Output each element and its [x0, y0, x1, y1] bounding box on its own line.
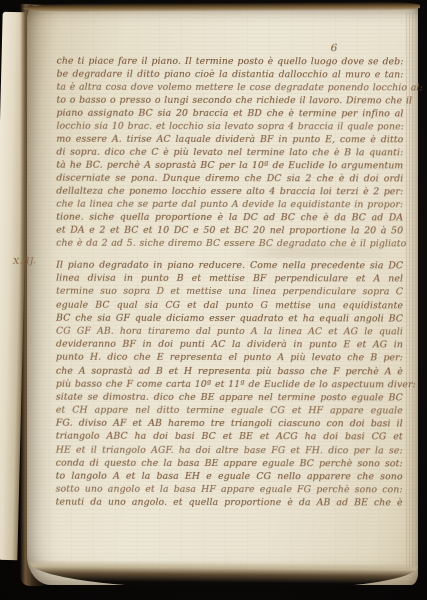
- manuscript-line: tenuti da uno angolo. et quella proporti…: [56, 496, 403, 510]
- manuscript-line: dellalteza che ponemo locchio essere alt…: [56, 185, 403, 199]
- manuscript-line: piano assignato BC sia 20 braccia et BD …: [56, 107, 403, 121]
- manuscript-line: tione. siche quella proportione è la DC …: [56, 211, 403, 225]
- manuscript-line: che A soprastà ad B et H representa più …: [56, 364, 403, 378]
- manuscript-line: che la linea che se parte dal punto A de…: [56, 198, 403, 212]
- manuscript-line: to o basso o presso o lungi secondo che …: [56, 94, 403, 108]
- book-photo: 6 X.IIJ. che ti piace fare il piano. Il …: [0, 0, 427, 600]
- manuscript-line: mo essere A. tirise AC laquale dividerà …: [56, 133, 403, 147]
- manuscript-text: 6 X.IIJ. che ti piace fare il piano. Il …: [0, 0, 427, 600]
- manuscript-line: termine suo sopra D et mettise una linea…: [56, 285, 403, 299]
- manuscript-line: ta è altra cosa dove volemo mettere le c…: [56, 81, 403, 95]
- folio-number: 6: [331, 42, 338, 54]
- manuscript-line: tà he BC. perchè A soprastà BC per la 10…: [56, 159, 403, 173]
- manuscript-line: linea divisa in punto B et mettise BF pe…: [56, 272, 403, 286]
- manuscript-line: FG. diviso AF et AB haremo tre triangoli…: [56, 417, 403, 431]
- manuscript-line: et DA e 2 et BC et 10 DC e 50 et BC 20 n…: [56, 224, 403, 238]
- manuscript-line: HE et il triangolo AGF. ha doi altre bas…: [56, 443, 403, 457]
- manuscript-line: be degradare il ditto piano cioè la dist…: [56, 68, 403, 82]
- manuscript-line: di sopra. dico che C è più levato nel te…: [56, 146, 403, 160]
- paragraph-1: che ti piace fare il piano. Il termine p…: [56, 55, 403, 251]
- manuscript-line: et CH appare nel ditto termine eguale CG…: [56, 404, 403, 418]
- manuscript-line: locchio sia 10 brac. et locchio sia leva…: [56, 120, 403, 134]
- manuscript-line: discerniate se pona. Dunque diremo che D…: [56, 172, 403, 186]
- manuscript-line: to langolo A et la basa EH e eguale CG n…: [56, 470, 403, 484]
- manuscript-line: Il piano degradato in piano reducere. Co…: [56, 259, 403, 273]
- manuscript-line: BC che sia GF quale diciamo esser quadra…: [56, 311, 403, 325]
- manuscript-line: sitate se dimostra. dico che BE appare n…: [56, 391, 403, 405]
- paragraph-2: Il piano degradato in piano reducere. Co…: [56, 259, 404, 510]
- manuscript-line: che ti piace fare il piano. Il termine p…: [56, 55, 403, 69]
- manuscript-line: conda di questo che la basa BE appare eg…: [56, 456, 403, 470]
- section-number-label: X.IIJ.: [13, 256, 36, 267]
- manuscript-line: triangolo ABC ha doi basi BC et BE et AC…: [56, 430, 403, 444]
- manuscript-line: sotto uno angolo et la basa HF appare eg…: [56, 483, 403, 497]
- manuscript-line: punto H. dico che E representa el punto …: [56, 351, 403, 365]
- manuscript-line: devideranno BF in doi punti AC la divide…: [56, 338, 403, 352]
- manuscript-line: più basso che F come carta 10ª et 11ª de…: [56, 377, 403, 391]
- manuscript-line: eguale BC qual sia CG et dal punto G met…: [56, 298, 403, 312]
- manuscript-line: CG GF AB. hora tiraremo dal punto A la l…: [56, 325, 403, 339]
- manuscript-line: che è da 2 ad 5. siche diremo BC essere …: [56, 237, 403, 251]
